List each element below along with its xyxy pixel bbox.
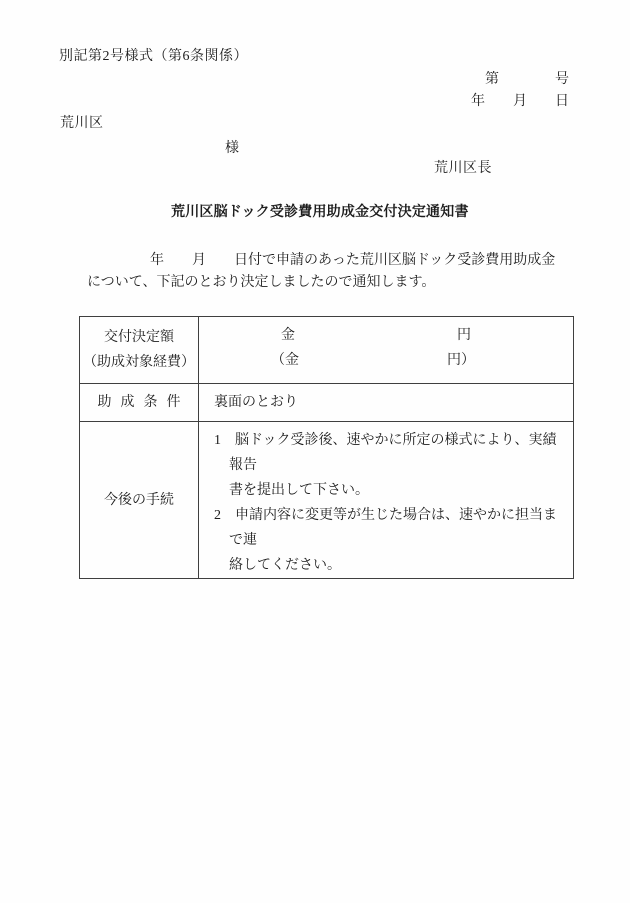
procedures-label: 今後の手続 [80,488,198,513]
conditions-value-cell: 裏面のとおり [199,384,574,422]
amount-suffix: 円 [457,329,471,343]
sender-name: 荒川区長 [434,162,492,176]
procedures-list: 1 脳ドック受診後、速やかに所定の様式により、実績報告 書を提出して下さい。 2… [199,422,573,578]
conditions-value: 裏面のとおり [199,396,573,410]
body-paragraph-line2: について、下記のとおり決定しましたので通知します。 [87,276,435,290]
decision-amount-label-cell: 交付決定額 （助成対象経費） [80,317,199,384]
decision-amount-label: 交付決定額 [80,325,198,350]
addressee-name: 荒川区 [60,117,104,131]
procedure-item-2: 2 申請内容に変更等が生じた場合は、速やかに担当まで連 絡してください。 [214,503,567,578]
form-number: 別記第2号様式（第6条関係） [59,50,248,64]
amount-prefix: 金 [281,329,295,343]
body-paragraph-line1: 年 月 日付で申請のあった荒川区脳ドック受診費用助成金 [150,254,555,268]
addressee-honorific: 様 [225,142,239,156]
document-number-line: 第 号 [485,73,569,87]
decision-amount-sublabel: （助成対象経費） [80,350,198,375]
decision-amount-value-cell: 金 円 （金 円） [199,317,574,384]
procedure-item-1: 1 脳ドック受診後、速やかに所定の様式により、実績報告 書を提出して下さい。 [214,428,567,503]
target-expense-suffix: 円） [447,354,475,368]
conditions-label: 助成条件 [80,390,198,415]
target-expense-prefix: （金 [271,354,299,368]
table-row-procedures: 今後の手続 1 脳ドック受診後、速やかに所定の様式により、実績報告 書を提出して… [80,422,574,579]
document-page: 別記第2号様式（第6条関係） 第 号 年 月 日 荒川区 様 荒川区長 荒川区脳… [0,0,630,903]
date-line: 年 月 日 [471,95,569,109]
procedures-label-cell: 今後の手続 [80,422,199,579]
document-title: 荒川区脳ドック受診費用助成金交付決定通知書 [171,206,469,220]
decision-details-table: 交付決定額 （助成対象経費） 金 円 （金 円） 助成条件 裏面のとおり [79,316,574,579]
conditions-label-cell: 助成条件 [80,384,199,422]
table-row-decision-amount: 交付決定額 （助成対象経費） 金 円 （金 円） [80,317,574,384]
table-row-conditions: 助成条件 裏面のとおり [80,384,574,422]
procedures-value-cell: 1 脳ドック受診後、速やかに所定の様式により、実績報告 書を提出して下さい。 2… [199,422,574,579]
